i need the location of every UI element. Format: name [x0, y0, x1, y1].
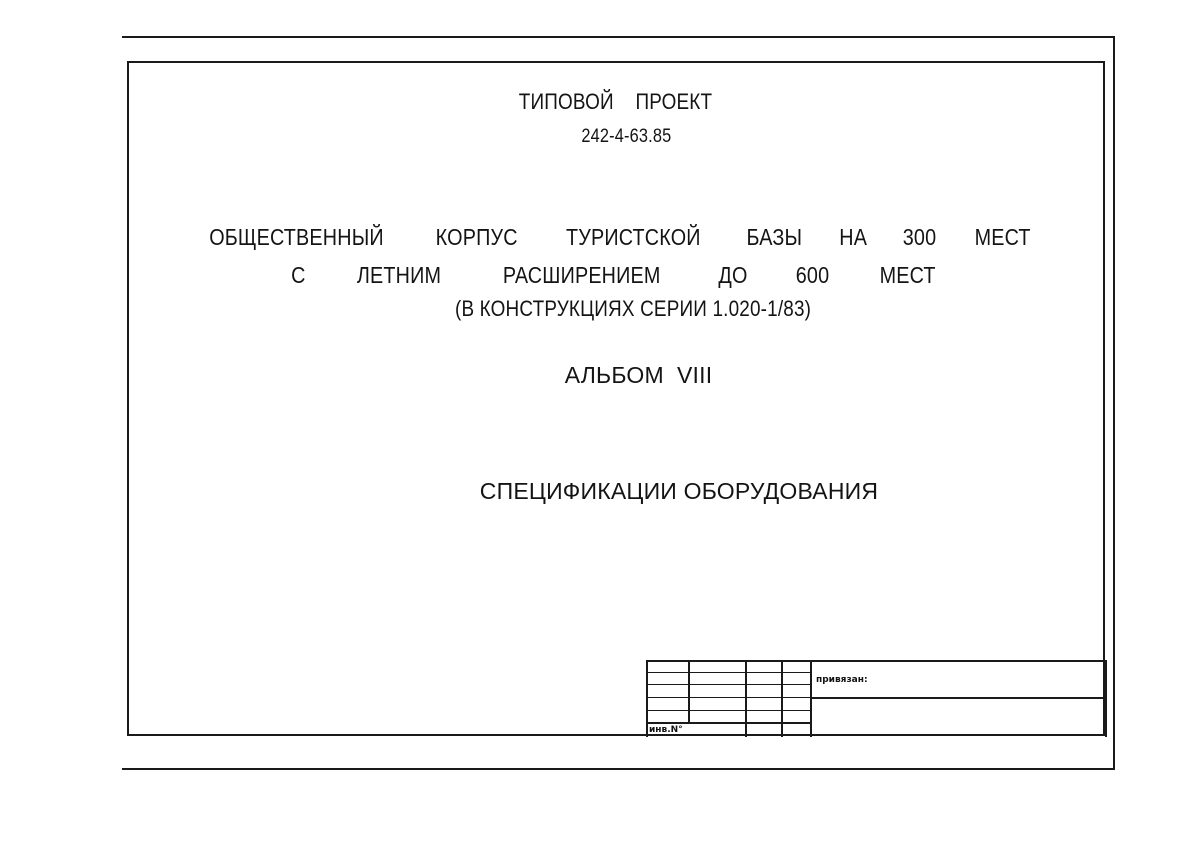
title-word: РАСШИРЕНИЕМ: [503, 262, 661, 289]
title-word: МЕСТ: [879, 262, 935, 289]
tb-row: [646, 672, 811, 673]
tb-row: [646, 684, 811, 685]
title-word: ОБЩЕСТВЕННЫЙ: [209, 224, 384, 251]
outer-frame-bottom: [122, 768, 1115, 770]
album-text: АЛЬБОМ VIII: [565, 362, 713, 388]
inner-frame-right: [1103, 61, 1105, 736]
tb-row: [646, 722, 811, 724]
title-word: 600: [796, 262, 830, 289]
tb-right-split: [810, 697, 1107, 699]
title-word: 300: [903, 224, 937, 251]
inner-frame-left: [127, 61, 129, 736]
title-line-2: С ЛЕТНИМ РАСШИРЕНИЕМ ДО 600 МЕСТ: [290, 262, 940, 289]
series-note: (В КОНСТРУКЦИЯХ СЕРИИ 1.020-1/83): [455, 296, 811, 322]
title-word: БАЗЫ: [746, 224, 802, 251]
title-word: С: [291, 262, 305, 289]
title-word: НА: [839, 224, 867, 251]
title-word: ТУРИСТСКОЙ: [566, 224, 701, 251]
inner-frame-bottom: [128, 734, 1105, 736]
outer-frame-top: [122, 36, 1115, 38]
subject-text: СПЕЦИФИКАЦИИ ОБОРУДОВАНИЯ: [480, 478, 878, 504]
title-line-3: (В КОНСТРУКЦИЯХ СЕРИИ 1.020-1/83): [0, 296, 1191, 322]
project-number-text: 242-4-63.85: [581, 126, 671, 148]
project-type-label: ТИПОВОЙ ПРОЕКТ: [0, 89, 1191, 115]
title-word: ЛЕТНИМ: [356, 262, 440, 289]
title-word: МЕСТ: [974, 224, 1030, 251]
binding-label: привязан:: [816, 675, 868, 685]
title-line-1: ОБЩЕСТВЕННЫЙ КОРПУС ТУРИСТСКОЙ БАЗЫ НА 3…: [195, 224, 1035, 251]
title-word: ДО: [719, 262, 748, 289]
title-word: КОРПУС: [435, 224, 517, 251]
album-label: АЛЬБОМ VIII: [0, 362, 1191, 389]
project-number: 242-4-63.85: [0, 126, 1191, 148]
inventory-number-label: инв.N°: [649, 725, 683, 735]
project-type-text: ТИПОВОЙ ПРОЕКТ: [518, 89, 711, 115]
inner-frame-top: [128, 61, 1105, 63]
tb-row: [646, 697, 811, 698]
tb-top: [646, 660, 1107, 662]
tb-row: [646, 710, 811, 711]
subject-label: СПЕЦИФИКАЦИИ ОБОРУДОВАНИЯ: [0, 478, 1191, 505]
tb-col: [688, 660, 690, 722]
